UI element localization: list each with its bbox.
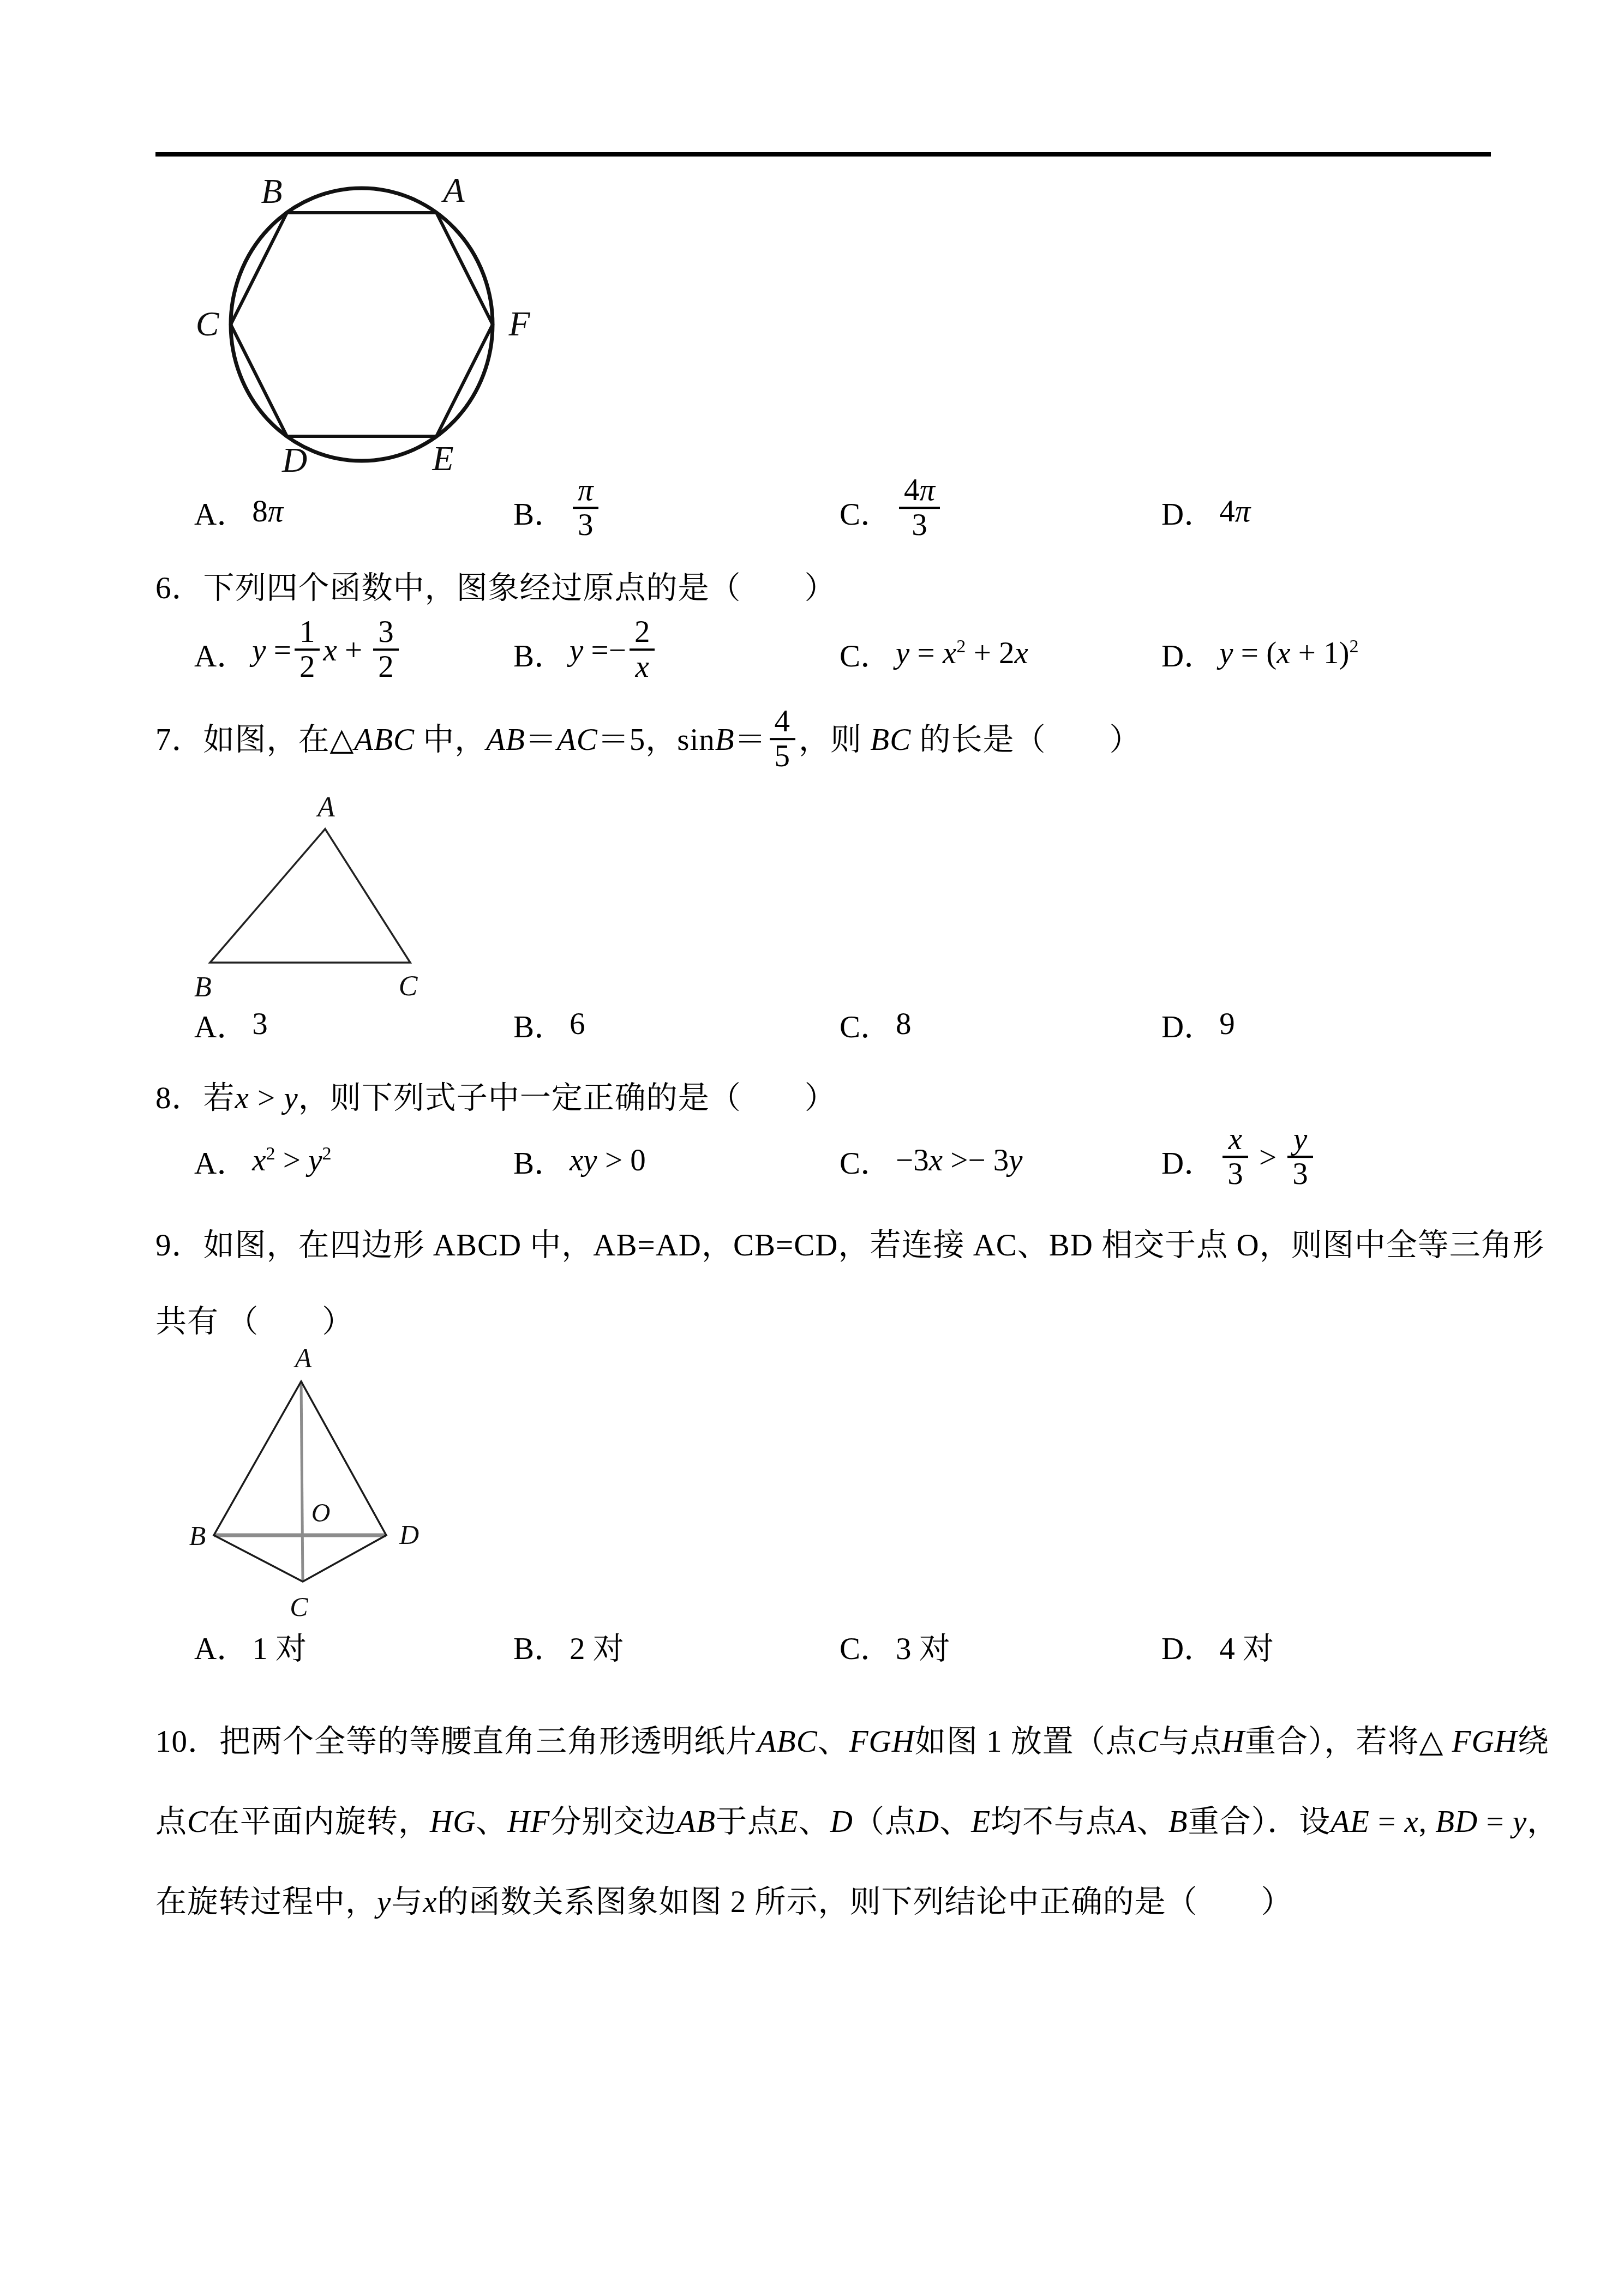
q6-option-c: C．y = x2 + 2x (840, 603, 1028, 704)
option-value: 3 对 (896, 1624, 950, 1668)
exam-page: B A C F D E A．8π B．π3 C．4π3 D．4π 6．下列四个函… (0, 0, 1624, 2296)
option-value: −3x >− 3y (896, 1143, 1023, 1178)
q7-text: 7．如图，在△ABC 中，AB＝AC＝5，sinB＝45，则 BC 的长是（ ） (155, 709, 1141, 777)
q10-text-line1: 10．把两个全等的等腰直角三角形透明纸片ABC、FGH如图 1 放置（点C与点H… (155, 1721, 1549, 1763)
q8-options-row: A．x2 > y2 B．xy > 0 C．−3x >− 3y D．x3 > y3 (0, 1110, 1624, 1211)
kite-figure: A B D C O (185, 1339, 469, 1636)
option-value: 4π (1219, 494, 1250, 529)
q5-option-c: C．4π3 (840, 461, 943, 562)
q9-option-a: A．1 对 (194, 1612, 307, 1680)
q8-option-b: B．xy > 0 (513, 1110, 646, 1211)
hexagon-circle-figure: B A C F D E (175, 164, 567, 488)
option-value: π3 (570, 478, 602, 545)
q8-option-c: C．−3x >− 3y (840, 1110, 1023, 1211)
triangle-figure: A B C (185, 783, 469, 1003)
option-letter: A． (194, 1002, 248, 1047)
option-letter: D． (1161, 1624, 1215, 1668)
option-value: y =12x + 32 (252, 620, 402, 687)
q7-question-text: 如图，在△ABC 中，AB＝AC＝5，sinB＝45，则 BC 的长是（ ） (203, 723, 1141, 757)
option-value: 4π3 (896, 478, 943, 545)
vertex-label-c: C (196, 304, 220, 343)
option-value: x3 > y3 (1219, 1127, 1316, 1194)
q9-number: 9． (155, 1228, 203, 1263)
vertex-label-a: A (441, 171, 465, 209)
kite-label-b: B (189, 1520, 206, 1551)
option-letter: C． (840, 489, 891, 534)
q10-number: 10． (155, 1724, 219, 1759)
q10-question-text-line1: 把两个全等的等腰直角三角形透明纸片ABC、FGH如图 1 放置（点C与点H重合）… (219, 1724, 1549, 1759)
triangle-label-a: A (316, 792, 335, 823)
q6-options-row: A．y =12x + 32 B．y =−2x C．y = x2 + 2x D．y… (0, 603, 1624, 704)
option-letter: A． (194, 631, 248, 676)
q9-option-b: B．2 对 (513, 1612, 624, 1680)
option-letter: D． (1161, 631, 1215, 676)
triangle-shape (210, 829, 410, 963)
q7-option-c: C．8 (840, 990, 912, 1058)
option-value: 8 (896, 1006, 912, 1042)
option-value: 3 (252, 1006, 268, 1042)
option-value: xy > 0 (570, 1143, 646, 1178)
q6-number: 6． (155, 571, 203, 605)
option-letter: C． (840, 1002, 891, 1047)
option-letter: B． (513, 1002, 565, 1047)
q7-number: 7． (155, 723, 203, 757)
option-letter: A． (194, 1138, 248, 1183)
q9-text-line2: 共有 （ ） (155, 1301, 353, 1343)
page-top-rule (155, 152, 1491, 157)
q7-options-row: A．3 B．6 C．8 D．9 (0, 990, 1624, 1058)
diagonal-ac (301, 1381, 303, 1582)
q7-option-d: D．9 (1161, 990, 1235, 1058)
q5-option-b: B．π3 (513, 461, 602, 562)
option-value: y = (x + 1)2 (1219, 635, 1359, 671)
q10-text-line2: 点C在平面内旋转，HG、HF分别交边AB于点E、D（点D、E均不与点A、B重合）… (155, 1801, 1559, 1843)
vertex-label-b: B (261, 172, 282, 211)
q9-question-text-line2: 共有 （ ） (155, 1305, 353, 1339)
q10-question-text-line2: 点C在平面内旋转，HG、HF分别交边AB于点E、D（点D、E均不与点A、B重合）… (155, 1805, 1559, 1839)
q5-option-a: A．8π (194, 461, 283, 562)
option-value: 1 对 (252, 1624, 307, 1668)
option-value: 2 对 (570, 1624, 624, 1668)
q6-option-d: D．y = (x + 1)2 (1161, 603, 1359, 704)
vertex-label-f: F (508, 304, 530, 343)
q8-option-a: A．x2 > y2 (194, 1110, 332, 1211)
option-value: 4 对 (1219, 1624, 1274, 1668)
option-letter: D． (1161, 1138, 1215, 1183)
option-value: y =−2x (570, 620, 658, 687)
q10-question-text-line3: 在旋转过程中，y与x的函数关系图象如图 2 所示，则下列结论中正确的是（ ） (155, 1885, 1293, 1919)
option-value: 9 (1219, 1006, 1235, 1042)
q5-option-d: D．4π (1161, 461, 1250, 562)
option-letter: A． (194, 489, 248, 534)
option-value: x2 > y2 (252, 1143, 331, 1178)
q8-option-d: D．x3 > y3 (1161, 1110, 1316, 1211)
option-value: y = x2 + 2x (896, 635, 1028, 671)
option-letter: C． (840, 1138, 891, 1183)
circle-shape (231, 188, 493, 461)
q6-option-a: A．y =12x + 32 (194, 603, 402, 704)
hexagon-shape (231, 213, 493, 436)
option-letter: D． (1161, 489, 1215, 534)
option-letter: B． (513, 489, 565, 534)
option-letter: B． (513, 1138, 565, 1183)
q9-option-d: D．4 对 (1161, 1612, 1274, 1680)
kite-label-d: D (399, 1519, 419, 1550)
q10-text-line3: 在旋转过程中，y与x的函数关系图象如图 2 所示，则下列结论中正确的是（ ） (155, 1881, 1293, 1924)
q9-text-line1: 9．如图，在四边形 ABCD 中，AB=AD，CB=CD，若连接 AC、BD 相… (155, 1224, 1544, 1267)
q7-option-b: B．6 (513, 990, 585, 1058)
option-letter: B． (513, 1624, 565, 1668)
option-letter: A． (194, 1624, 248, 1668)
option-letter: C． (840, 1624, 891, 1668)
q6-option-b: B．y =−2x (513, 603, 658, 704)
option-value: 6 (570, 1006, 585, 1042)
q6-question-text: 下列四个函数中，图象经过原点的是（ ） (203, 571, 836, 605)
option-letter: B． (513, 631, 565, 676)
option-letter: D． (1161, 1002, 1215, 1047)
q9-options-row: A．1 对 B．2 对 C．3 对 D．4 对 (0, 1612, 1624, 1680)
q9-question-text-line1: 如图，在四边形 ABCD 中，AB=AD，CB=CD，若连接 AC、BD 相交于… (203, 1228, 1544, 1263)
kite-label-o: O (311, 1499, 331, 1528)
q5-options-row: A．8π B．π3 C．4π3 D．4π (0, 461, 1624, 562)
q7-option-a: A．3 (194, 990, 268, 1058)
option-value: 8π (252, 494, 283, 529)
q9-option-c: C．3 对 (840, 1612, 950, 1680)
kite-label-a: A (293, 1343, 312, 1373)
option-letter: C． (840, 631, 891, 676)
